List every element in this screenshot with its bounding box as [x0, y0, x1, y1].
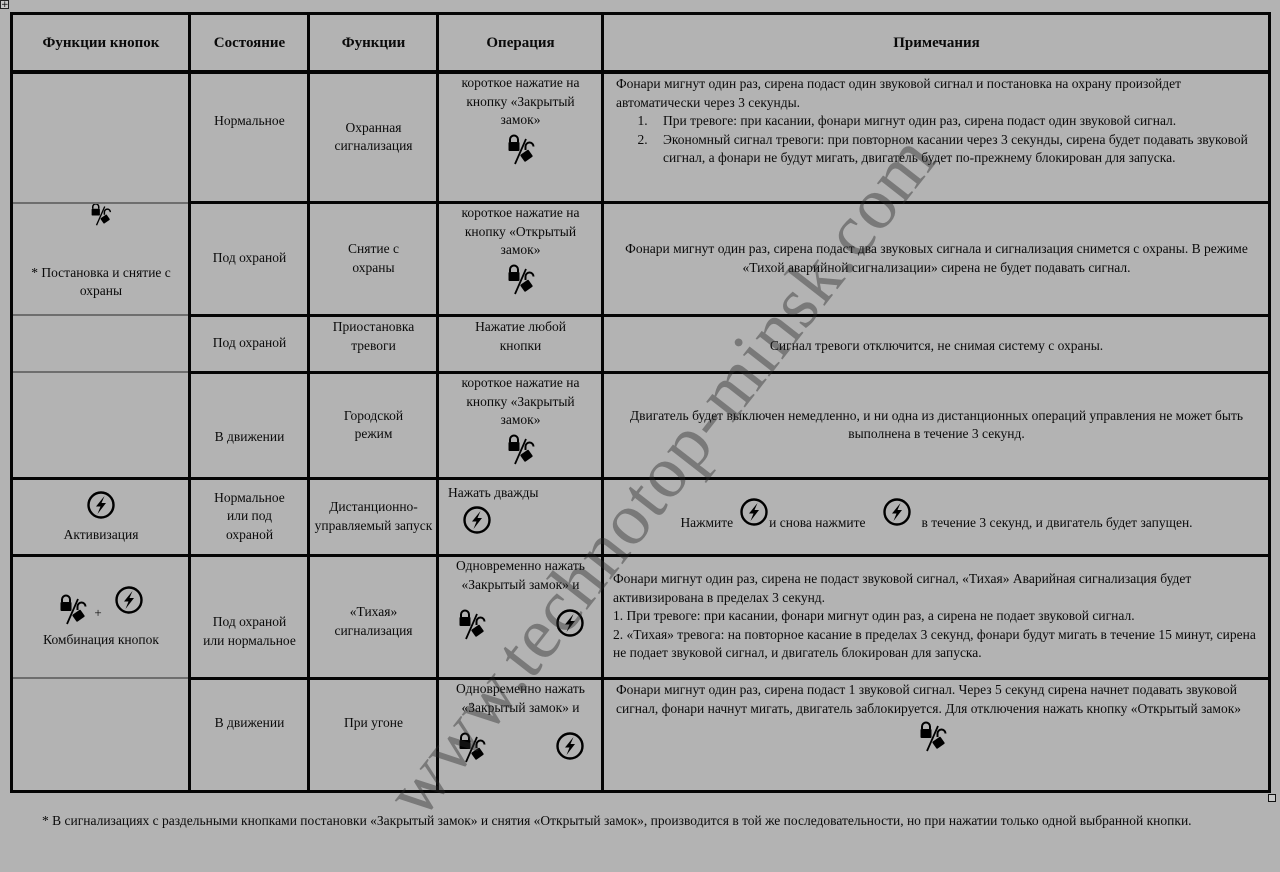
power-bolt-icon — [555, 731, 585, 761]
note-text: Двигатель будет выключен немедленно, и н… — [609, 407, 1264, 444]
row4-state: В движении — [190, 372, 309, 490]
function-text: Снятие с охраны — [339, 240, 409, 277]
function-text: «Тихая» сигнализация — [324, 603, 424, 640]
lock-unlock-icon — [506, 263, 536, 295]
function-text: Охранная сигнализация — [324, 119, 424, 156]
row5-state: Нормальное или под охраной — [190, 478, 309, 555]
lock-unlock-icon — [80, 202, 122, 226]
note-text: 1. При тревоге: при касании, фонари мигн… — [613, 607, 1135, 626]
power-bolt-icon — [86, 490, 116, 520]
header-divider — [10, 70, 1271, 74]
note-text: и снова нажмите — [769, 514, 865, 533]
lock-unlock-icon — [457, 731, 487, 763]
row5-function: Дистанционно-управляемый запуск — [309, 478, 438, 555]
operation-text: короткое нажатие на кнопку «Закрытый зам… — [451, 74, 591, 130]
row3-state: Под охраной — [190, 315, 309, 372]
table-resize-handle[interactable] — [1268, 794, 1276, 802]
header-label: Функции кнопок — [43, 34, 160, 53]
group-divider — [13, 202, 188, 204]
lock-unlock-icon — [506, 133, 536, 165]
column-divider — [601, 12, 604, 793]
row6-note: Фонари мигнут один раз, сирена не подаст… — [603, 555, 1270, 678]
column-divider — [307, 12, 310, 793]
row3-operation: Нажатие любой кнопки — [438, 315, 603, 372]
note-list-item: При тревоге: при касании, фонари мигнут … — [651, 112, 1260, 131]
note-text: Фонари мигнут один раз, сирена подаст дв… — [617, 240, 1256, 277]
row7-function: При угоне — [309, 678, 438, 791]
operation-text: Нажать дважды — [448, 484, 538, 503]
operation-text: короткое нажатие на кнопку «Открытый зам… — [451, 204, 591, 260]
group-divider — [13, 677, 188, 679]
lock-unlock-icon — [58, 593, 88, 625]
row-divider — [190, 314, 1271, 317]
function-text: Дистанционно-управляемый запуск — [315, 498, 433, 535]
group-activation: Активизация — [12, 480, 190, 555]
operation-icons — [457, 731, 585, 763]
lock-unlock-icon — [918, 720, 948, 752]
header-label: Функции — [342, 34, 406, 53]
operation-icons — [457, 608, 585, 640]
combo-icons: + — [58, 585, 143, 625]
header-notes: Примечания — [603, 14, 1270, 72]
row4-note: Двигатель будет выключен немедленно, и н… — [603, 372, 1270, 478]
header-label: Состояние — [214, 34, 285, 53]
power-bolt-icon — [114, 585, 144, 615]
button-functions-table: Функции кнопок Состояние Функции Операци… — [10, 12, 1272, 793]
header-operation: Операция — [438, 14, 603, 72]
power-bolt-icon — [739, 497, 769, 527]
group-arm-disarm: * Постановка и снятие с охраны — [12, 252, 190, 312]
row3-function: Приостановка тревоги — [309, 315, 438, 372]
row2-operation: короткое нажатие на кнопку «Открытый зам… — [438, 202, 603, 315]
header-label: Операция — [486, 34, 554, 53]
row1-operation: короткое нажатие на кнопку «Закрытый зам… — [438, 72, 603, 202]
row4-operation: короткое нажатие на кнопку «Закрытый зам… — [438, 372, 603, 478]
row7-state: В движении — [190, 678, 309, 791]
border-right — [1268, 12, 1271, 793]
state-text: Нормальное или под охраной — [202, 489, 297, 545]
table-move-handle[interactable]: + — [0, 0, 9, 9]
row1-state: Нормальное — [190, 72, 309, 170]
row3-note: Сигнал тревоги отключится, не снимая сис… — [603, 315, 1270, 372]
operation-text: короткое нажатие на кнопку «Закрытый зам… — [451, 374, 591, 430]
power-bolt-icon — [462, 505, 492, 535]
row-divider — [10, 477, 1271, 480]
group-label: * Постановка и снятие с охраны — [31, 264, 171, 301]
group-arm-disarm-icon-cell — [12, 202, 190, 226]
row2-note: Фонари мигнут один раз, сирена подаст дв… — [603, 202, 1270, 315]
note-text: Фонари мигнут один раз, сирена подаст 1 … — [613, 681, 1266, 718]
state-text: В движении — [215, 428, 285, 447]
function-text: При угоне — [344, 714, 403, 733]
operation-text: Нажатие любой кнопки — [466, 318, 576, 355]
row6-state: Под охраной или нормальное — [190, 555, 309, 678]
group-label: Активизация — [64, 526, 139, 545]
group-divider — [13, 371, 188, 373]
row-divider — [190, 371, 1271, 374]
row2-state: Под охраной — [190, 202, 309, 315]
note-text: Нажмите — [680, 514, 733, 533]
state-text: Нормальное — [214, 112, 285, 131]
plus-sign: + — [94, 604, 101, 623]
operation-text: Одновременно нажать «Закрытый замок» и — [456, 557, 586, 594]
border-top — [10, 12, 1271, 15]
row7-note: Фонари мигнут один раз, сирена подаст 1 … — [603, 678, 1270, 791]
row-divider — [190, 677, 1271, 680]
header-state: Состояние — [190, 14, 309, 72]
lock-unlock-icon — [506, 433, 536, 465]
row6-function: «Тихая» сигнализация — [309, 555, 438, 678]
row-divider — [10, 554, 1271, 557]
note-list-item: Экономный сигнал тревоги: при повторном … — [651, 131, 1260, 168]
state-text: Под охраной или нормальное — [202, 613, 297, 650]
note-list: При тревоге: при касании, фонари мигнут … — [613, 112, 1260, 168]
column-divider — [436, 12, 439, 793]
row4-function: Городской режим — [309, 372, 438, 478]
border-left — [10, 12, 13, 793]
function-text: Приостановка тревоги — [324, 318, 424, 355]
note-text: Фонари мигнут один раз, сирена подаст од… — [613, 75, 1260, 112]
row7-operation: Одновременно нажать «Закрытый замок» и — [438, 678, 603, 791]
header-functions: Функции — [309, 14, 438, 72]
operation-text: Одновременно нажать «Закрытый замок» и — [456, 680, 586, 717]
row5-operation: Нажать дважды — [438, 478, 603, 555]
state-text: В движении — [215, 714, 285, 733]
state-text: Под охраной — [213, 249, 286, 268]
note-text: Фонари мигнут один раз, сирена не подаст… — [613, 570, 1213, 607]
row-divider — [190, 201, 1271, 204]
footnote: * В сигнализациях с раздельными кнопками… — [42, 811, 1242, 831]
header-label: Примечания — [893, 34, 980, 53]
state-text: Под охраной — [213, 334, 286, 353]
row2-function: Снятие с охраны — [309, 202, 438, 315]
function-text: Городской режим — [334, 407, 414, 444]
note-text: 2. «Тихая» тревога: на повторное касание… — [613, 626, 1263, 663]
column-divider — [188, 12, 191, 793]
row5-note: Нажмите и снова нажмите в течение 3 секу… — [603, 478, 1270, 555]
lock-unlock-icon — [457, 608, 487, 640]
border-bottom — [10, 790, 1271, 793]
row6-operation: Одновременно нажать «Закрытый замок» и — [438, 555, 603, 678]
note-text: Сигнал тревоги отключится, не снимая сис… — [770, 337, 1103, 356]
group-divider — [13, 314, 188, 316]
group-button-combination: + Комбинация кнопок — [12, 567, 190, 667]
row1-note: Фонари мигнут один раз, сирена подаст од… — [603, 72, 1270, 202]
header-button-functions: Функции кнопок — [12, 14, 190, 72]
power-bolt-icon — [555, 608, 585, 638]
power-bolt-icon — [882, 497, 912, 527]
note-text: в течение 3 секунд, и двигатель будет за… — [922, 514, 1193, 533]
row1-function: Охранная сигнализация — [309, 72, 438, 202]
group-label: Комбинация кнопок — [43, 631, 159, 650]
